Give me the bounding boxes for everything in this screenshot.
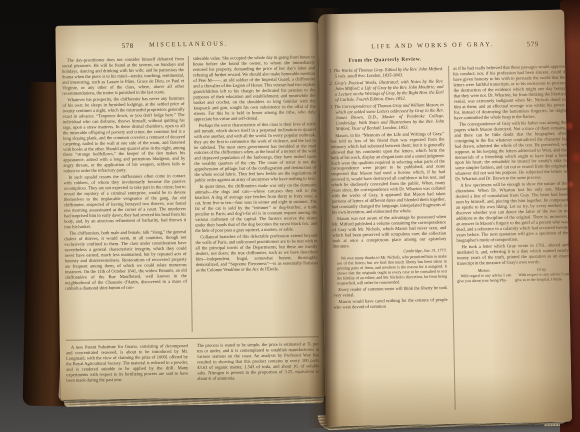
reviewed-works-list: 1. The Works of Thomas Gray. Edited by t… (329, 66, 444, 132)
paragraph: Whatever his prosperity, the chiffonnier… (62, 95, 185, 173)
left-page-footnote: A new Patent Substitute for Guano, consi… (66, 341, 320, 393)
parallel-passage-comparison: Mason. With regard to any advice I can g… (457, 266, 569, 285)
paragraph: siderable value. She occupied the whole … (193, 54, 316, 122)
paragraph: Mason, in his “Memoirs of the Life and W… (330, 131, 446, 215)
source-attribution: From the Quarterly Review. (329, 56, 441, 64)
right-running-head: LIFE AND WORKS OF GRAY. 579 (319, 40, 565, 55)
right-page-column-2: as if he had really believed that these … (453, 64, 572, 410)
right-page-columns: 1. The Works of Thomas Gray. Edited by t… (329, 64, 572, 412)
quote-text: We owe many thanks to Mr. Nichols, who p… (337, 254, 448, 286)
paragraph: as if he had really believed that these … (453, 64, 566, 121)
book-list-item: 2. Gray's Poetical Works, illustrated; w… (329, 78, 443, 102)
mason-version: Mason. With regard to any advice I can g… (457, 267, 512, 285)
left-page-columns: The day-practitioner does not consider h… (62, 54, 319, 334)
right-page-number: 579 (527, 40, 539, 48)
paragraph: Every reader of common sense will think … (333, 285, 447, 298)
footnote-column-2: The process is stated to be simple, the … (197, 341, 320, 391)
footnote-rule (66, 336, 319, 341)
gray-version: Gray. With respect to any advice I can g… (515, 266, 570, 284)
paragraph: A few specimens will be enough to show t… (455, 181, 568, 243)
paragraph: The correspondence of Gray with his fath… (454, 120, 567, 182)
book-list-item: 3. The Correspondence of Thomas Gray and… (330, 102, 445, 132)
paragraph: Perhaps the worst characteristic of this… (194, 121, 317, 183)
footnote-text: The process is stated to be simple, the … (197, 341, 320, 381)
right-page: LIFE AND WORKS OF GRAY. 579 From the Qua… (318, 10, 572, 427)
left-running-title: MISCELLANEOUS. (86, 40, 292, 50)
column-rule (188, 56, 193, 332)
paragraph: In such squalid resorts the chiffonniers… (63, 173, 186, 230)
paragraph: The chiffonniers, both male and female, … (64, 229, 187, 291)
right-running-title: LIFE AND WORKS OF GRAY. (353, 41, 513, 51)
left-running-head: 578 MISCELLANEOUS. (56, 39, 322, 53)
book-list-item: 1. The Works of Thomas Gray. Edited by t… (329, 66, 443, 79)
book-photograph: 578 MISCELLANEOUS. The day-practitioner … (0, 0, 580, 432)
left-page: 578 MISCELLANEOUS. The day-practitioner … (55, 22, 326, 400)
gray-text: With respect to any advice I can give as… (515, 272, 569, 283)
paragraph: In quiet times, the chiffonniers make wa… (195, 182, 318, 233)
left-page-column-1: The day-practitioner does not consider h… (62, 56, 188, 334)
left-page-column-2: siderable value. She occupied the whole … (193, 54, 319, 332)
mason-text: With regard to any advice I can give you… (457, 273, 511, 284)
paragraph: Collateral branches of this delectable p… (195, 233, 318, 273)
open-book: 578 MISCELLANEOUS. The day-practitioner … (20, 8, 568, 428)
paragraph: Mason would have cared nothing for the c… (334, 297, 448, 310)
paragraph: He took a letter which Gray wrote in 176… (457, 242, 569, 266)
letter-extract: We owe many thanks to Mr. Nichols, who p… (333, 254, 448, 286)
right-page-column-1: 1. The Works of Thomas Gray. Edited by t… (329, 66, 450, 412)
footnote-column-1: A new Patent Substitute for Guano, consi… (66, 343, 189, 393)
paragraph: The day-practitioner does not consider h… (62, 56, 185, 96)
paragraph: Mason was not aware of the advantage he … (332, 214, 447, 249)
footnote-text: A new Patent Substitute for Guano, consi… (66, 343, 189, 383)
